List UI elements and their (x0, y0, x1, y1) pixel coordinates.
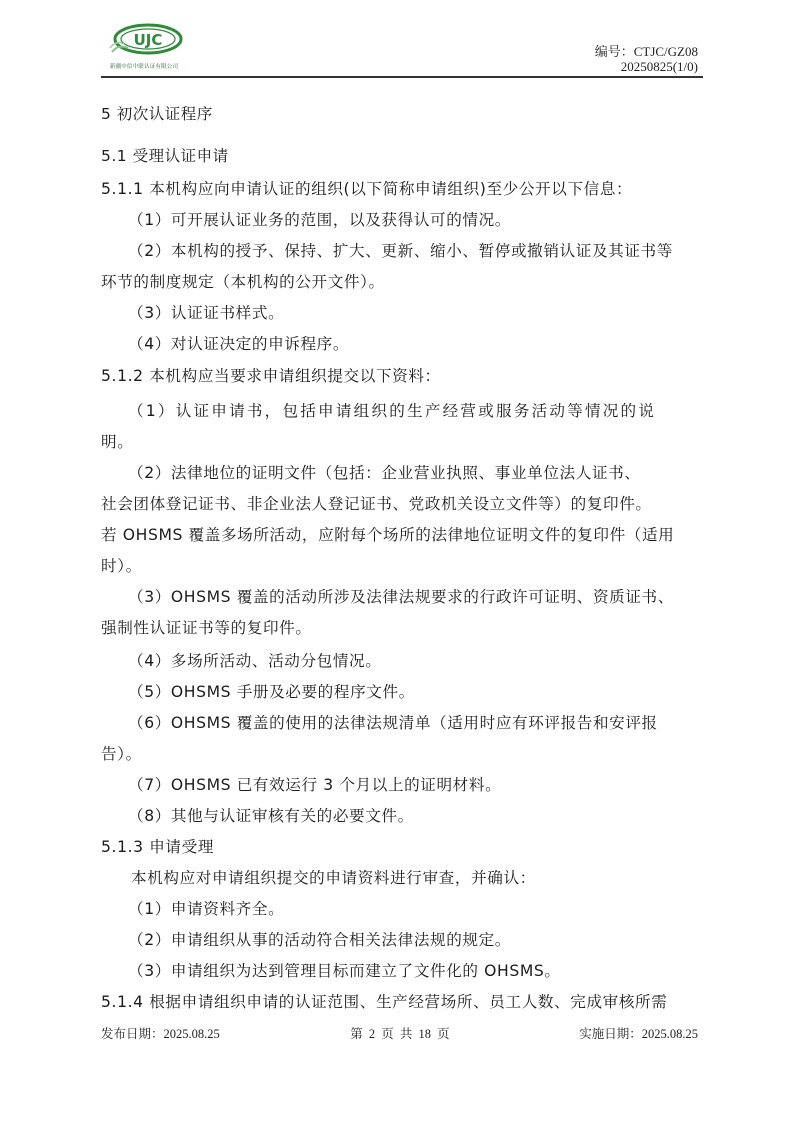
list-item: （8）其他与认证审核有关的必要文件。 (128, 806, 414, 826)
logo-caption: 新疆中信中联认证有限公司 (104, 62, 184, 70)
subsection-heading: 5.1 受理认证申请 (101, 146, 229, 166)
list-item: （3）OHSMS 覆盖的活动所涉及法律法规要求的行政许可证明、资质证书、 (128, 587, 674, 607)
list-item: （2）法律地位的证明文件（包括：企业营业执照、事业单位法人证书、 (128, 463, 641, 483)
list-item: （2）申请组织从事的活动符合相关法律法规的规定。 (128, 930, 511, 950)
list-item-continuation: 明。 (101, 432, 133, 452)
list-item: （6）OHSMS 覆盖的使用的法律法规清单（适用时应有环评报告和安评报 (128, 713, 658, 733)
list-item: （1）申请资料齐全。 (128, 899, 284, 919)
company-logo: UJC 新疆中信中联认证有限公司 (104, 22, 184, 72)
logo-mark-icon: UJC (104, 22, 184, 62)
header-divider (101, 76, 703, 78)
clause-5-1-4: 5.1.4 根据申请组织申请的认证范围、生产经营场所、员工人数、完成审核所需 (101, 992, 667, 1012)
paragraph: 本机构应对申请组织提交的申请资料进行审查，并确认： (131, 868, 536, 888)
list-item-continuation: 时）。 (101, 556, 142, 576)
document-page: UJC 新疆中信中联认证有限公司 编号：CTJC/GZ08 20250825(1… (0, 0, 800, 1130)
list-item: （2）本机构的授予、保持、扩大、更新、缩小、暂停或撤销认证及其证书等 (128, 241, 673, 261)
list-item: （3）申请组织为达到管理目标而建立了文件化的 OHSMS。 (128, 961, 561, 981)
list-item: （3）认证证书样式。 (128, 303, 284, 323)
document-version: 20250825(1/0) (595, 59, 698, 74)
list-item: （1）认证申请书，包括申请组织的生产经营或服务活动等情况的说 (128, 401, 656, 421)
list-item: （7）OHSMS 已有效运行 3 个月以上的证明材料。 (128, 775, 501, 795)
section-heading: 5 初次认证程序 (101, 104, 213, 124)
list-item: （4）多场所活动、活动分包情况。 (128, 651, 381, 671)
list-item-continuation: 若 OHSMS 覆盖多场所活动，应附每个场所的法律地位证明文件的复印件（适用 (101, 525, 674, 545)
list-item: （4）对认证决定的申诉程序。 (128, 334, 349, 354)
clause-5-1-1: 5.1.1 本机构应向申请认证的组织(以下简称申请组织)至少公开以下信息： (101, 179, 632, 199)
list-item-continuation: 强制性认证证书等的复印件。 (101, 618, 312, 638)
clause-5-1-2: 5.1.2 本机构应当要求申请组织提交以下资料： (101, 366, 441, 386)
list-item: （5）OHSMS 手册及必要的程序文件。 (128, 682, 415, 702)
effective-date: 实施日期：2025.08.25 (579, 1024, 698, 1042)
list-item-continuation: 告）。 (101, 744, 142, 764)
clause-5-1-3: 5.1.3 申请受理 (101, 837, 214, 857)
list-item-continuation: 社会团体登记证书、非企业法人登记证书、党政机关设立文件等）的复印件。 (101, 494, 652, 514)
document-code: 编号：CTJC/GZ08 (595, 44, 698, 59)
list-item-continuation: 环节的制度规定（本机构的公开文件）。 (101, 272, 385, 292)
list-item: （1）可开展认证业务的范围，以及获得认可的情况。 (128, 210, 511, 230)
document-code-block: 编号：CTJC/GZ08 20250825(1/0) (595, 44, 698, 74)
svg-text:UJC: UJC (134, 31, 163, 49)
